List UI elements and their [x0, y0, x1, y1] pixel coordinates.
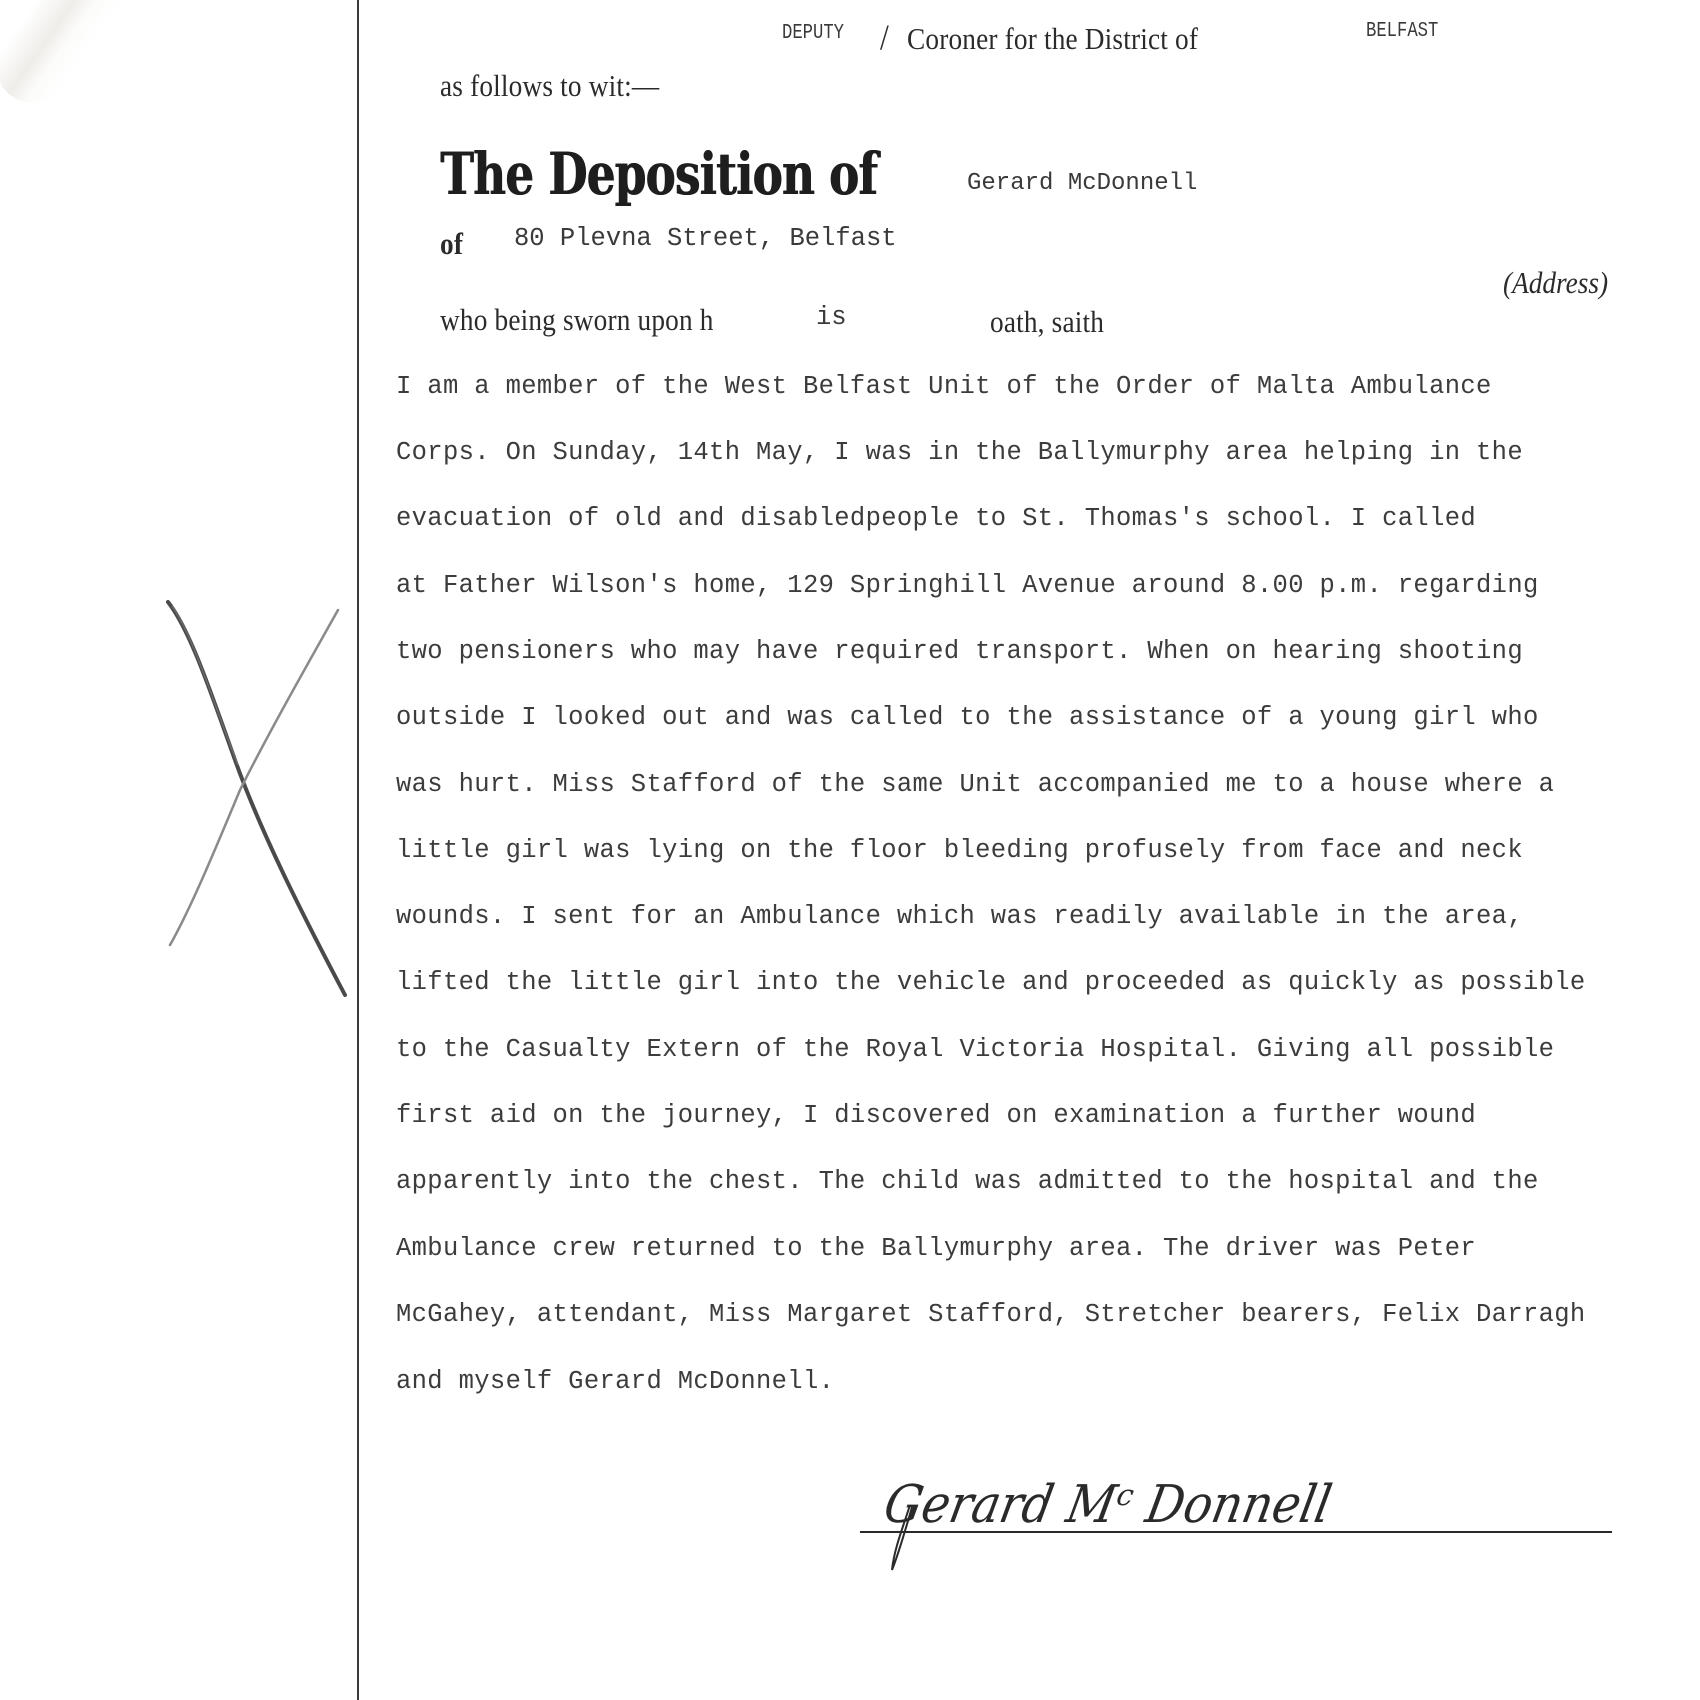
of-label: of: [440, 226, 463, 262]
statement-line: was hurt. Miss Stafford of the same Unit…: [396, 770, 1554, 799]
statement-line: Ambulance crew returned to the Ballymurp…: [396, 1234, 1476, 1263]
statement-line: evacuation of old and disabledpeople to …: [396, 504, 1476, 533]
sworn-prefix: who being sworn upon h: [440, 302, 714, 338]
signature-flourish-icon: [880, 1495, 960, 1575]
x-mark-icon: [150, 590, 370, 1010]
statement-line: first aid on the journey, I discovered o…: [396, 1101, 1476, 1130]
slash: /: [880, 16, 889, 58]
statement-line: Corps. On Sunday, 14th May, I was in the…: [396, 438, 1523, 467]
statement-line: two pensioners who may have required tra…: [396, 637, 1523, 666]
sworn-suffix: oath, saith: [990, 304, 1104, 340]
statement-line: and myself Gerard McDonnell.: [396, 1367, 834, 1396]
statement-line: outside I looked out and was called to t…: [396, 703, 1539, 732]
deponent-name: Gerard McDonnell: [967, 170, 1197, 197]
statement-line: I am a member of the West Belfast Unit o…: [396, 372, 1492, 401]
statement-line: to the Casualty Extern of the Royal Vict…: [396, 1035, 1554, 1064]
district-value: BELFAST: [1366, 20, 1438, 43]
statement-line: at Father Wilson's home, 129 Springhill …: [396, 571, 1539, 600]
statement-line: apparently into the chest. The child was…: [396, 1167, 1539, 1196]
statement-line: wounds. I sent for an Ambulance which wa…: [396, 902, 1523, 931]
deputy-stamp: DEPUTY: [782, 22, 844, 45]
follows-label: as follows to wit:—: [440, 68, 659, 104]
statement-line: lifted the little girl into the vehicle …: [396, 968, 1586, 997]
statement-line: McGahey, attendant, Miss Margaret Staffo…: [396, 1300, 1586, 1329]
signature-line: [860, 1531, 1612, 1533]
deponent-address: 80 Plevna Street, Belfast: [514, 224, 897, 253]
sworn-pronoun: is: [816, 303, 847, 332]
address-caption: (Address): [1503, 265, 1608, 301]
deposition-title: The Deposition of: [440, 140, 877, 208]
statement-line: little girl was lying on the floor bleed…: [396, 836, 1523, 865]
coroner-label: Coroner for the District of: [907, 21, 1198, 57]
scan-page-curl: [0, 0, 127, 117]
